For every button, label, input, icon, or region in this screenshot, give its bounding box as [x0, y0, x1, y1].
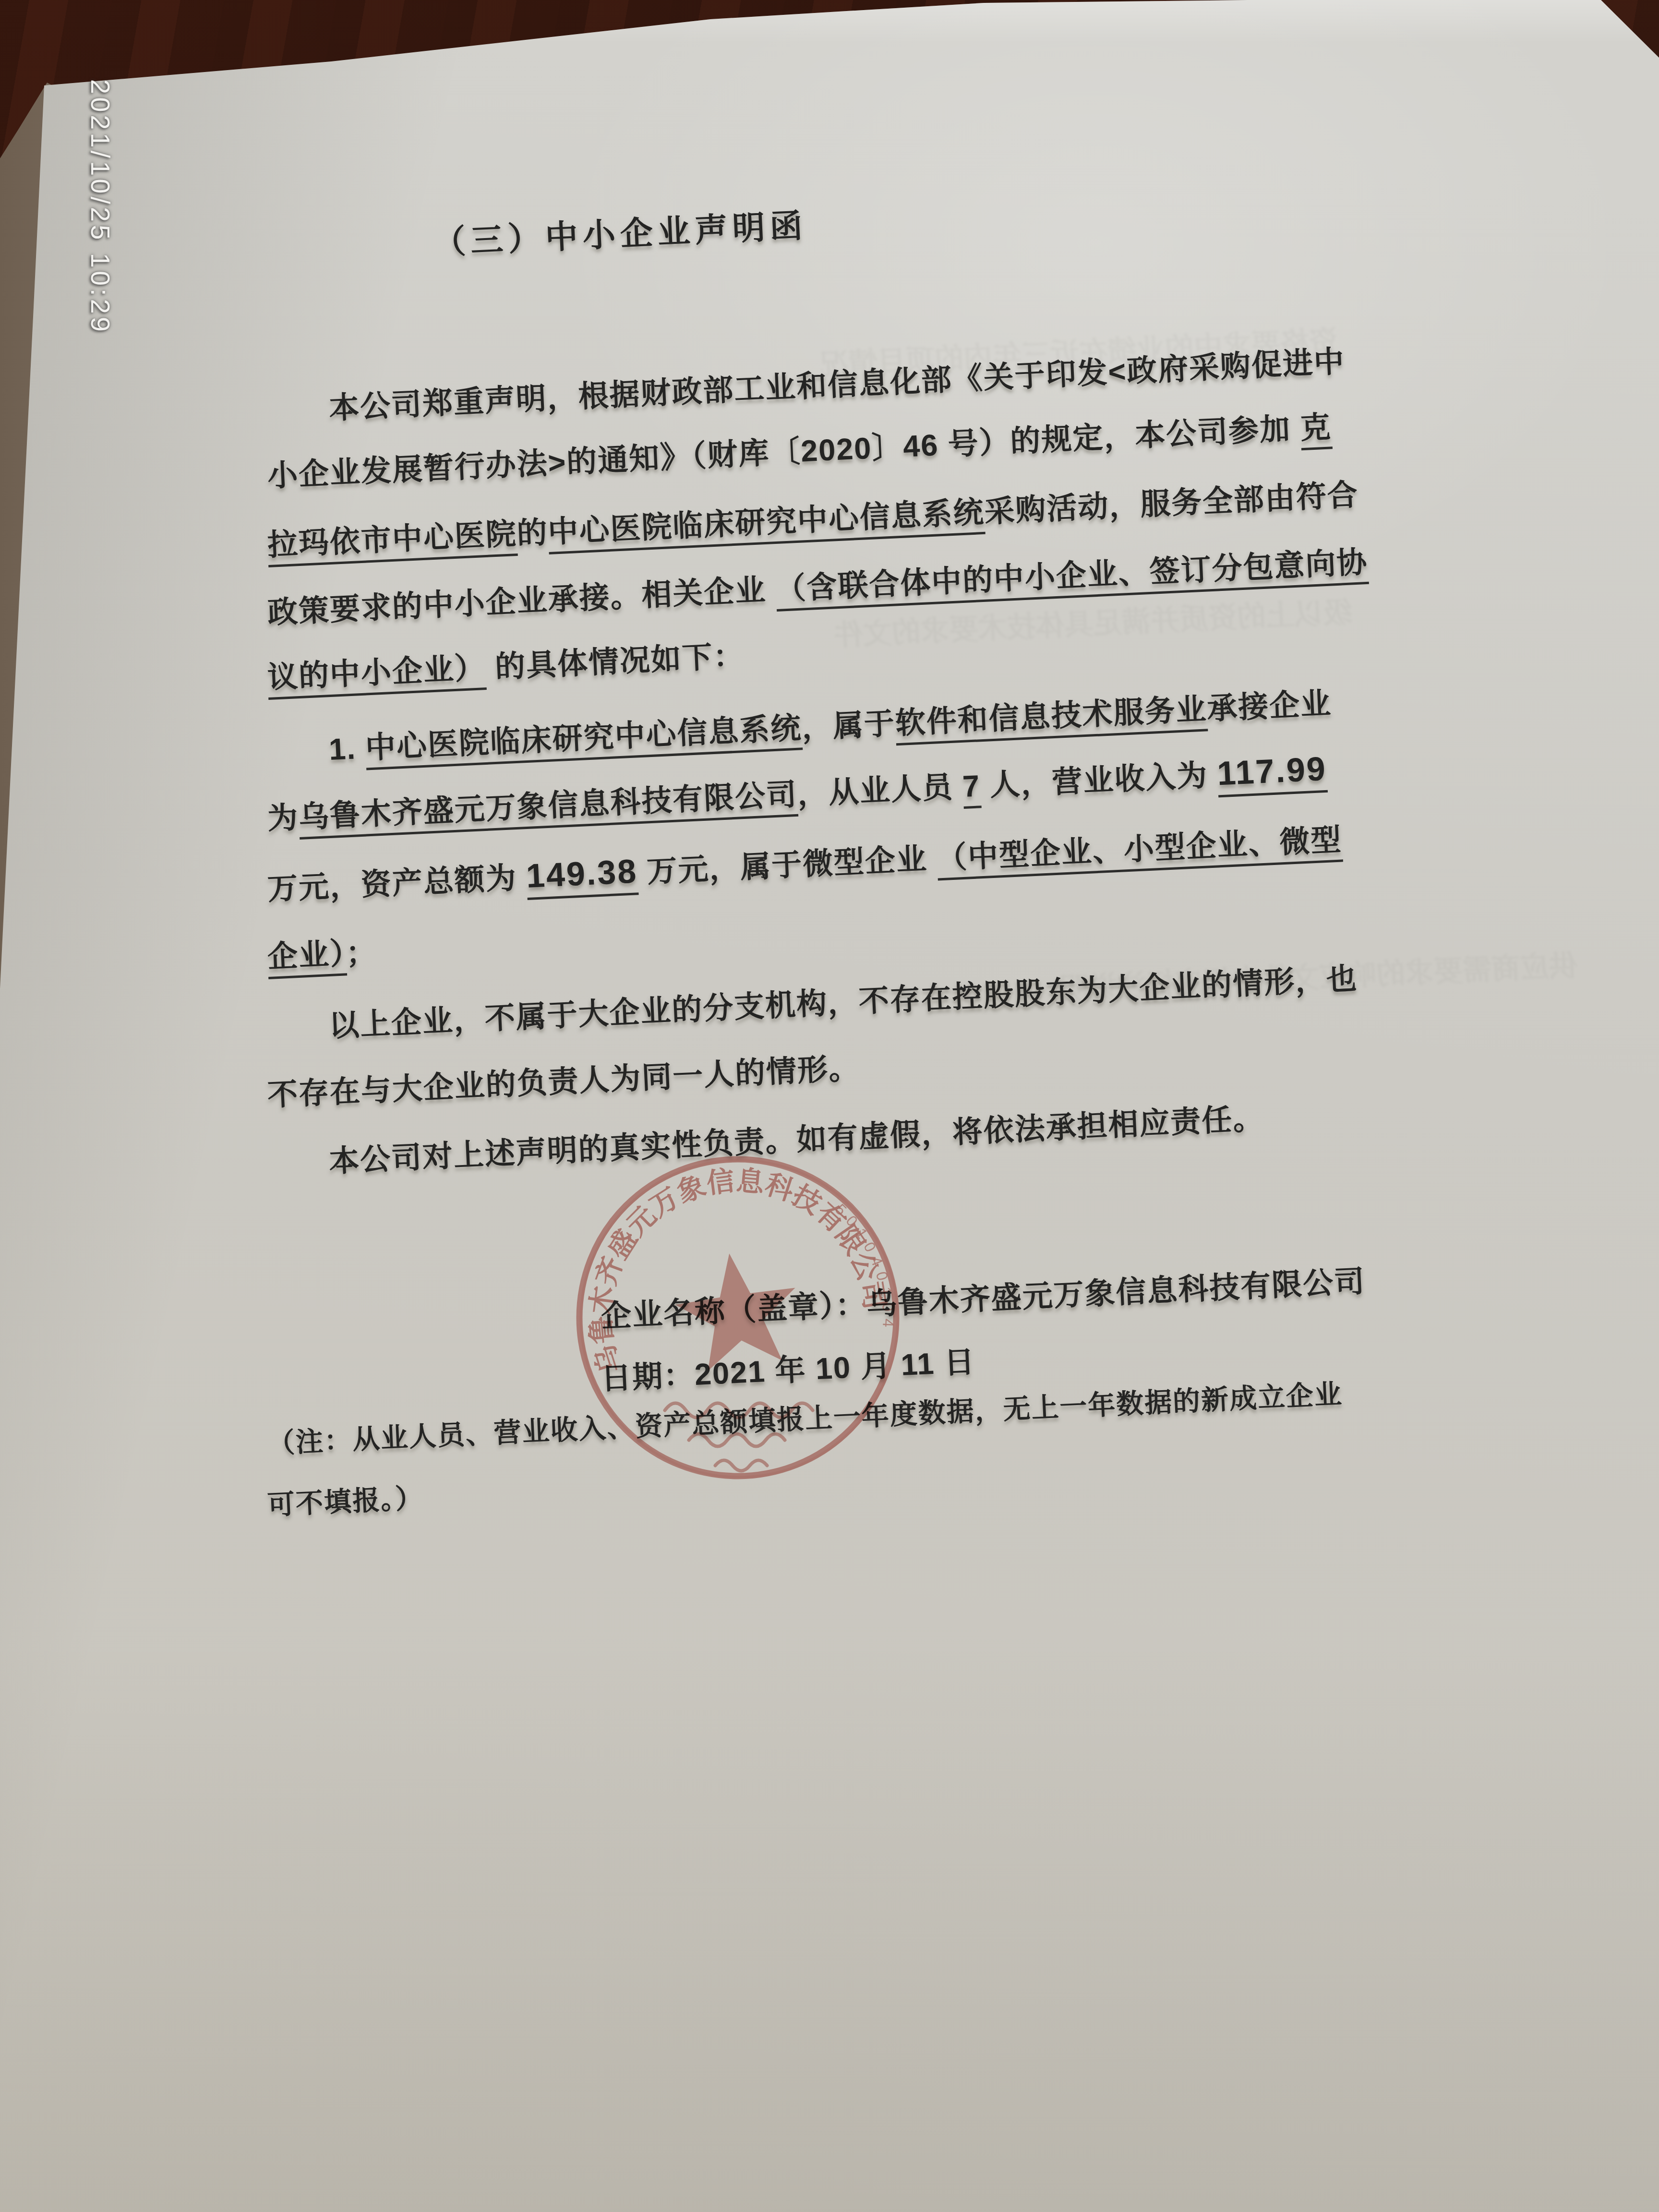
footnote-line: 可不填报。）	[266, 1476, 424, 1523]
doc-text: ；	[345, 935, 378, 970]
doc-text: ，从业人员	[796, 770, 963, 811]
filled-in-value: 7	[962, 769, 982, 809]
filled-in-value: 149.38	[525, 852, 638, 900]
doc-text: 的	[516, 516, 549, 551]
doc-text: 1.	[328, 732, 366, 767]
doc-text: 为	[267, 801, 300, 836]
seal-star-icon	[669, 1245, 805, 1374]
doc-text: ，属于	[801, 707, 896, 745]
camera-timestamp: 2021/10/25 10:29	[85, 79, 116, 335]
seal-uyghur-script	[665, 1403, 813, 1471]
filled-in-value: 克	[1299, 410, 1333, 450]
photo-of-document: { "photo": { "timestamp": "2021/10/25 10…	[0, 0, 1659, 2212]
company-seal-stamp: 乌鲁木齐盛元万象信息科技有限公司 501040104	[569, 1151, 914, 1497]
doc-line: 企业）；	[266, 927, 378, 976]
filled-in-value: 企业）	[267, 937, 347, 979]
filled-in-value: 117.99	[1216, 750, 1328, 797]
doc-text: 承接企业	[1206, 686, 1333, 726]
paper-sheet	[0, 0, 1659, 2212]
